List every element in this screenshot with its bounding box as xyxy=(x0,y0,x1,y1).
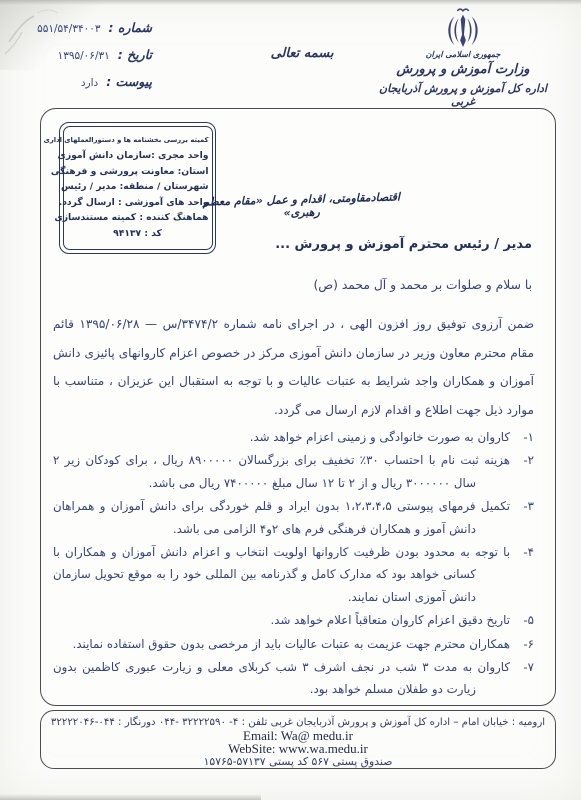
letterhead-country: جمهوری اسلامی ایران xyxy=(372,50,554,59)
besmellah-text: بسمه تعالی xyxy=(250,46,354,61)
scan-edge-artifact-bottom xyxy=(0,794,261,800)
footer-website: WebSite: www.wa.medu.ir xyxy=(41,742,555,755)
stamp-line: کمیته بررسی بخشنامه ها و دستورالعملهای ا… xyxy=(67,133,209,149)
letter-item: ۱- کاروان به صورت خانوادگی و زمینی اعزام… xyxy=(53,426,534,448)
item-text: همکاران محترم جهت عزیمت به عتبات عالیات … xyxy=(73,637,510,651)
ref-date-value: ۱۳۹۵/۰۶/۳۱ xyxy=(58,50,110,62)
footer-pobox: صندوق پستی ۵۶۷ کد پستی ۵۷۱۳۷-۱۵۷۶۵ xyxy=(41,756,555,768)
letter-frame: کمیته بررسی بخشنامه ها و دستورالعملهای ا… xyxy=(40,108,556,706)
recipient-line: مدیر / رئیس محترم آموزش و پرورش ... xyxy=(275,237,532,252)
ref-date-row: تاریخ : ۱۳۹۵/۰۶/۳۱ xyxy=(14,47,152,62)
letter-item: ۶- همکاران محترم جهت عزیمت به عتبات عالی… xyxy=(53,633,534,655)
letter-item: ۷- کاروان به مدت ۳ شب در نجف اشرف ۳ شب ک… xyxy=(53,656,534,701)
ref-number-label: شماره : xyxy=(109,20,152,35)
item-text: کاروان به صورت خانوادگی و زمینی اعزام خو… xyxy=(250,430,510,444)
footer-contact-box: ارومیه : خیابان امام – اداره کل آموزش و … xyxy=(40,710,556,769)
iran-coat-of-arms-icon xyxy=(443,7,483,49)
letter-item: ۴- با توجه به محدود بودن ظرفیت کاروانها … xyxy=(53,541,534,608)
item-number: ۱- xyxy=(523,426,534,448)
item-text: تاریخ دقیق اعزام کاروان متعاقباً اعلام خ… xyxy=(271,613,511,627)
item-text: کاروان به مدت ۳ شب در نجف اشرف ۳ شب کربل… xyxy=(53,660,510,696)
ref-number-row: شماره : ۵۵۱/۵۴/۳۴۰۰۳ xyxy=(14,20,152,35)
salutation-line: با سلام و صلوات بر محمد و آل محمد (ص) xyxy=(313,278,532,292)
stamp-line: شهرستان / منطقه: مدیر / رئیس xyxy=(67,179,209,195)
letter-item: ۵- تاریخ دقیق اعزام کاروان متعاقباً اعلا… xyxy=(53,609,534,631)
stamp-line: کد : ۹۴۱۳۷ xyxy=(67,226,209,242)
ref-attachment-row: پیوست : دارد xyxy=(14,74,152,89)
item-text: تکمیل فرمهای پیوستی ۱،۲،۳،۴،۵ بدون ایراد… xyxy=(53,499,510,535)
ref-date-label: تاریخ : xyxy=(118,47,152,62)
letter-item: ۳- تکمیل فرمهای پیوستی ۱،۲،۳،۴،۵ بدون ای… xyxy=(53,495,534,540)
ref-attachment-label: پیوست : xyxy=(106,74,152,89)
scanned-letter-page: جمهوری اسلامی ایران وزارت آموزش و پرورش … xyxy=(0,0,581,800)
stamp-line: واحد مجری :سازمان دانش آموزی xyxy=(67,148,209,164)
item-number: ۷- xyxy=(523,656,534,678)
item-number: ۳- xyxy=(523,495,534,517)
item-number: ۶- xyxy=(523,633,534,655)
letterhead: جمهوری اسلامی ایران وزارت آموزش و پرورش … xyxy=(372,7,554,108)
item-number: ۲- xyxy=(523,449,534,471)
stamp-line: استان: معاونت پرورشی و فرهنگی xyxy=(67,164,209,180)
letter-items-list: ۱- کاروان به صورت خانوادگی و زمینی اعزام… xyxy=(53,426,534,702)
stamp-line: واحد های آموزشی : ارسال گردد. xyxy=(67,195,209,211)
item-text: با توجه به محدود بودن ظرفیت کاروانها اول… xyxy=(53,545,510,604)
stamp-line: هماهنگ کننده : کمیته مستندسازی xyxy=(67,210,209,226)
letterhead-department: اداره کل آموزش و پرورش آذربایجان غربی xyxy=(372,82,554,108)
routing-stamp-box: کمیته بررسی بخشنامه ها و دستورالعملهای ا… xyxy=(59,122,216,254)
routing-stamp-inner: کمیته بررسی بخشنامه ها و دستورالعملهای ا… xyxy=(63,126,213,251)
letter-intro-paragraph: ضمن آرزوی توفیق روز افزون الهی ، در اجرا… xyxy=(53,310,534,424)
item-text: هزینه ثبت نام با احتساب ۳۰٪ تخفیف برای ب… xyxy=(53,453,510,489)
letterhead-ministry: وزارت آموزش و پرورش xyxy=(372,62,554,77)
ref-number-value: ۵۵۱/۵۴/۳۴۰۰۳ xyxy=(37,23,100,35)
item-number: ۴- xyxy=(523,541,534,563)
ref-attachment-value: دارد xyxy=(81,77,98,89)
item-number: ۵- xyxy=(523,609,534,631)
letter-item: ۲- هزینه ثبت نام با احتساب ۳۰٪ تخفیف برا… xyxy=(53,449,534,494)
handwritten-slogan: اقتصادمقاومتی، اقدام و عمل «مقام معظم ره… xyxy=(199,190,405,221)
reference-fields: شماره : ۵۵۱/۵۴/۳۴۰۰۳ تاریخ : ۱۳۹۵/۰۶/۳۱ … xyxy=(14,20,152,101)
